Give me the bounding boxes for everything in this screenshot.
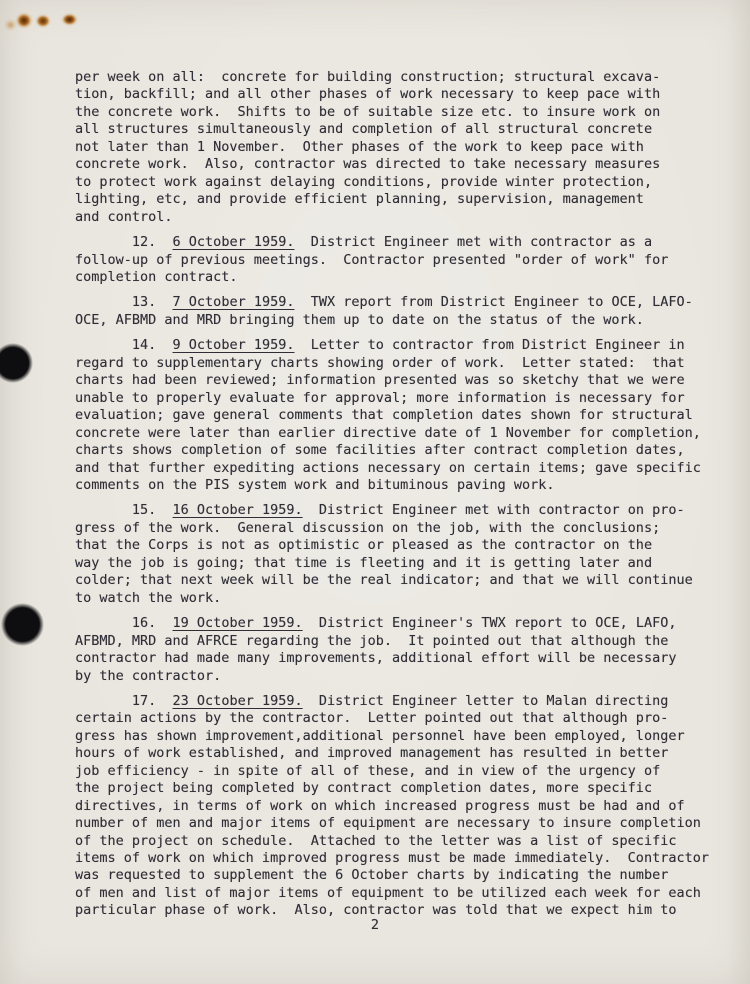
- rust-stain: [15, 12, 33, 29]
- rust-stain: [61, 13, 78, 26]
- underlined-date: 6 October 1959.: [173, 234, 295, 250]
- item-15: 15. 16 October 1959. District Engineer m…: [75, 502, 725, 607]
- paragraph-text: 15.: [75, 502, 173, 518]
- underlined-date: 7 October 1959.: [173, 294, 295, 310]
- item-12: 12. 6 October 1959. District Engineer me…: [75, 234, 725, 286]
- document-body: per week on all: concrete for building c…: [75, 69, 725, 928]
- paragraph-text: 14.: [75, 337, 173, 353]
- paragraph-text: per week on all: concrete for building c…: [75, 69, 660, 225]
- item-16: 16. 19 October 1959. District Engineer's…: [75, 615, 725, 685]
- paragraph-text: 13.: [75, 294, 173, 310]
- paragraph-text: 16.: [75, 615, 173, 631]
- underlined-date: 16 October 1959.: [173, 502, 303, 518]
- page-number: 2: [0, 917, 750, 933]
- hole-punch-mark: [1, 603, 44, 646]
- rust-stain: [35, 14, 51, 28]
- scanned-page: per week on all: concrete for building c…: [0, 0, 750, 984]
- item-14: 14. 9 October 1959. Letter to contractor…: [75, 337, 725, 494]
- paragraph-text: District Engineer letter to Malan direct…: [75, 693, 709, 918]
- paragraph-text: 17.: [75, 693, 173, 709]
- hole-punch-mark: [0, 343, 33, 383]
- item-13: 13. 7 October 1959. TWX report from Dist…: [75, 294, 725, 329]
- item-17: 17. 23 October 1959. District Engineer l…: [75, 693, 725, 920]
- underlined-date: 19 October 1959.: [173, 615, 303, 631]
- paragraph-text: 12.: [75, 234, 173, 250]
- continuation-paragraph: per week on all: concrete for building c…: [75, 69, 725, 226]
- underlined-date: 23 October 1959.: [173, 693, 303, 709]
- underlined-date: 9 October 1959.: [173, 337, 295, 353]
- paragraph-text: Letter to contractor from District Engin…: [75, 337, 701, 493]
